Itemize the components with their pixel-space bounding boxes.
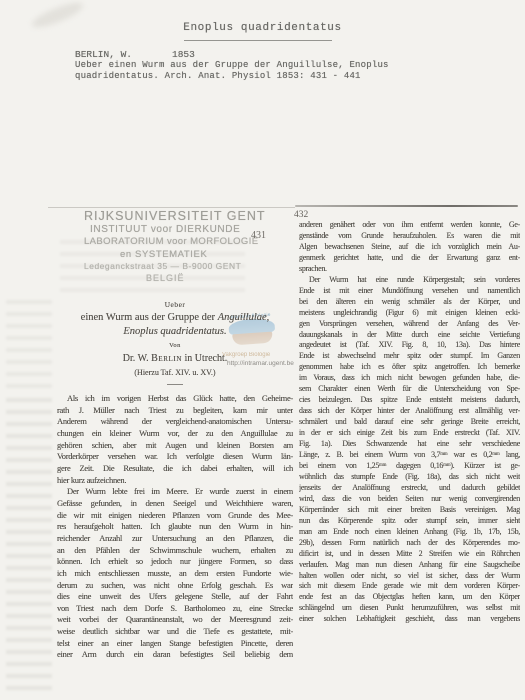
text-line: bei einem von 1,25ᵐᵐ dagegen 0,16ᵐᵐ). Kü…	[299, 461, 520, 472]
title-roman: einen Wurm aus der Gruppe der	[81, 312, 218, 323]
text-line: ich mich entschliessen musste, an dem er…	[57, 568, 293, 580]
right-text-column: anderen genähert oder von ihm entfernt w…	[299, 220, 520, 625]
library-stamp-line6: BELGIË	[146, 273, 185, 283]
text-line: weise deutlich sichtbar war und die Tief…	[57, 626, 293, 638]
scanned-paper-page: Enoplus quadridentatus BERLIN, W. 1853 U…	[0, 0, 525, 700]
text-line: Algen bewachsenen Steine, auf die ich vo…	[299, 242, 520, 253]
text-line: die wir mit einigen niederen Pflanzen vo…	[57, 510, 293, 522]
text-line: Körperränder sich mit einer breiten Basi…	[299, 505, 520, 516]
text-line: genommen habe ich es öfter spitz angetro…	[299, 362, 520, 373]
library-stamp-line2: INSTITUUT voor DIERKUNDE	[90, 224, 240, 235]
text-line: angedeutet ist (Taf. XIV. Fig. 8, 10, 13…	[299, 340, 520, 351]
text-line: schlängelnd um diesen Punkt herumzuführe…	[299, 603, 520, 614]
text-line: Ende ist abwechselnd mehr spitz oder stu…	[299, 351, 520, 362]
text-line: res heraufgeholt hatten. Ich glaubte nun…	[57, 521, 293, 533]
text-line: können. Ich erhielt so jedoch nur jünger…	[57, 556, 293, 568]
page-top-rule-left	[48, 207, 295, 208]
text-line: weit vorbei der Quarantäneanstalt, wo de…	[57, 614, 293, 626]
text-line: wöhnlich das stumpfe Ende (Fig. 18a), da…	[299, 472, 520, 483]
author-prefix: Dr. W.	[123, 353, 151, 364]
text-line: jenseits der Analöffnung erstreckt, und …	[299, 483, 520, 494]
bleedthrough-texture	[6, 398, 52, 690]
text-line: dies eine unweit des Ufers gelegene Stel…	[57, 591, 293, 603]
title-underline	[184, 40, 332, 41]
text-line: Gefässe gefunden, in denen Seeigel und W…	[57, 498, 293, 510]
library-stamp-line1: RIJKSUNIVERSITEIT GENT	[84, 209, 266, 223]
text-line: 29b), dessen Form natürlich nach der des…	[299, 538, 520, 549]
text-line: nun das Körperende spitz oder stumpf sei…	[299, 516, 520, 527]
text-line: dass sich der Körper hinter der Analöffn…	[299, 406, 520, 417]
catalog-reference-line1: Ueber einen Wurm aus der Gruppe der Angu…	[75, 60, 389, 70]
text-line: wird, dass die von beiden Seiten nur wen…	[299, 494, 520, 505]
text-line: halten wollen oder nicht, so viel ist si…	[299, 571, 520, 582]
text-line: reichender Anzahl zur Untersuchung an de…	[57, 533, 293, 545]
text-line: gen Vorsprüngen versehen, während der An…	[299, 319, 520, 330]
page-number-432: 432	[294, 210, 308, 220]
text-line: schmälert und bald darauf eine sehr geri…	[299, 417, 520, 428]
text-line: Der Wurm lebte frei im Meere. Er wurde z…	[57, 486, 293, 498]
library-stamp-line5: Ledeganckstraat 35 — B-9000 GENT	[84, 261, 241, 271]
text-line: von Triest nach dem Dorfe S. Bartholomeo…	[57, 603, 293, 615]
text-line: man am Ende noch einen kleinen Anhang (F…	[299, 527, 520, 538]
left-text-column: Als ich im vorigen Herbst das Glück hatt…	[57, 393, 293, 661]
article-title-line1: einen Wurm aus der Gruppe der Anguillula…	[57, 312, 293, 323]
author-name: Berlin	[151, 353, 182, 364]
article-von: Von	[57, 342, 293, 349]
text-line: bei den älteren ein wenig schmäler als d…	[299, 297, 520, 308]
text-line: gere Zeit. Die Resultate, die ich dabei …	[57, 463, 293, 475]
catalog-title: Enoplus quadridentatus	[183, 22, 341, 34]
text-line: sem Charakter einen Werth für die Unters…	[299, 384, 520, 395]
author-suffix: in Utrecht.	[182, 353, 227, 364]
article-ueber: Ueber	[57, 300, 293, 309]
text-line: genmerk gerichtet hatte, und die der Erw…	[299, 253, 520, 264]
text-line: einer solchen Lebhaftigkeit geschieht, d…	[299, 614, 520, 625]
text-line: verlaufen. Mag man nun diesen Anhang für…	[299, 560, 520, 571]
text-line: einer Arm durch ein daran befestigtes Se…	[57, 649, 293, 661]
library-stamp-line3: LABORATORIUM voor MORFOLOGIE	[84, 236, 259, 247]
text-line: an den Pfählen der Schwimmschule wuchern…	[57, 545, 293, 557]
text-line: derum zu suchen, was nicht ohne Erfolg g…	[57, 580, 293, 592]
text-line: hier kurz aufzeichnen.	[57, 475, 293, 487]
text-line: chungen ein kleiner Wurm vor, der zu den…	[57, 428, 293, 440]
text-line: dificirt ist, und in dessen Mitte 2 Stre…	[299, 549, 520, 560]
article-title-line2: Enoplus quadridentatus.	[57, 326, 293, 337]
text-line: rath J. Müller nach Triest zu begleiten,…	[57, 405, 293, 417]
article-plates-note: (Hierzu Taf. XIV. u. XV.)	[57, 368, 293, 377]
text-line: ende fest an das Objectglas heften kann,…	[299, 592, 520, 603]
text-line: in der er sich einige Zeit bis zum Ende …	[299, 428, 520, 439]
text-line: Ende ist mit einer Mundöffnung versehen …	[299, 286, 520, 297]
catalog-reference-line2: quadridentatus. Arch. Anat. Physiol 1853…	[75, 71, 361, 81]
text-line: anderen genähert oder von ihm entfernt w…	[299, 220, 520, 231]
text-line: Anderem während der vergleichend-anatomi…	[57, 416, 293, 428]
text-line: Als ich im vorigen Herbst das Glück hatt…	[57, 393, 293, 405]
text-line: cies beizulegen. Das spitze Ende entsteh…	[299, 395, 520, 406]
text-line: telst einer an einer langen Stange befes…	[57, 638, 293, 650]
text-line: gehören schien, aber mit Augen und klein…	[57, 440, 293, 452]
text-line: im Voraus, dass ich mich nicht bewogen g…	[299, 373, 520, 384]
text-line: sprachen.	[299, 264, 520, 275]
text-line: Der Wurm hat eine runde Körpergestalt; s…	[299, 275, 520, 286]
library-stamp-line4: en SYSTEMATIEK	[120, 249, 207, 260]
text-line: Fig. 1a). Dies Schwanzende hat eine sehr…	[299, 439, 520, 450]
article-author: Dr. W. Berlin in Utrecht.	[57, 353, 293, 364]
bleedthrough-texture	[6, 300, 52, 390]
text-line: genstände vom Grunde heraufzuholen. Es w…	[299, 231, 520, 242]
catalog-author: BERLIN, W.	[75, 49, 132, 60]
title-italic-species: Anguillulae,	[218, 312, 270, 323]
text-line: Länge, z. B. bei einem Wurm von 3,7ᵐᵐ wa…	[299, 450, 520, 461]
text-line: meistens ungleichrandig (Figur 6) mit ei…	[299, 308, 520, 319]
page-number-431: 431	[251, 230, 266, 241]
text-line: Vorderkörper versehen war. Ich verfolgte…	[57, 451, 293, 463]
heading-divider	[167, 384, 183, 385]
page-top-rule-right	[295, 205, 518, 207]
catalog-year: 1853	[172, 49, 195, 60]
text-line: dauungskanals in der Mitte durch eine se…	[299, 330, 520, 341]
pencil-smudge	[29, 0, 85, 32]
text-line: sich mit diesem Ende gerade wie mit dem …	[299, 581, 520, 592]
